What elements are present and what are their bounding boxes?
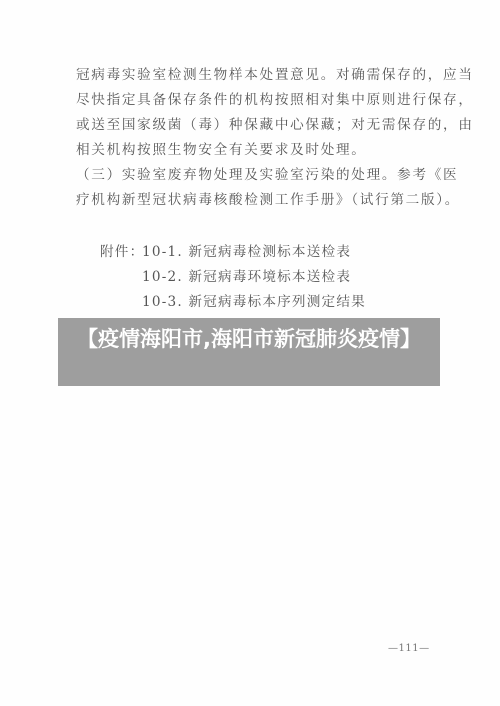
attachment-item: 10-2. 新冠病毒环境标本送检表 <box>142 265 351 290</box>
attachment-row: 10-3. 新冠病毒标本序列测定结果 <box>100 290 366 315</box>
paragraph-waste-handling: （三）实验室废弃物处理及实验室污染的处理。参考《医 疗机构新型冠状病毒核酸检测工… <box>76 163 428 213</box>
page-number: —111— <box>388 643 430 654</box>
attachment-item: 10-3. 新冠病毒标本序列测定结果 <box>142 290 366 315</box>
paragraph-specimen-handling: 冠病毒实验室检测生物样本处置意见。对确需保存的，应当 尽快指定具备保存条件的机构… <box>76 63 428 163</box>
paragraph-line: 尽快指定具备保存条件的机构按照相对集中原则进行保存， <box>76 88 428 113</box>
paragraph-line: 疗机构新型冠状病毒核酸检测工作手册》（试行第二版）。 <box>76 188 428 213</box>
banner-title: 【疫情海阳市,海阳市新冠肺炎疫情】 <box>77 327 421 351</box>
paragraph-line: （三）实验室废弃物处理及实验室污染的处理。参考《医 <box>76 163 428 188</box>
attachment-item: 10-1. 新冠病毒检测标本送检表 <box>142 240 351 265</box>
paragraph-line: 或送至国家级菌（毒）种保藏中心保藏；对无需保存的，由 <box>76 113 428 138</box>
title-banner: 【疫情海阳市,海阳市新冠肺炎疫情】 <box>58 318 440 386</box>
paragraph-line: 冠病毒实验室检测生物样本处置意见。对确需保存的，应当 <box>76 63 428 88</box>
attachments-list: 附件： 10-1. 新冠病毒检测标本送检表 10-2. 新冠病毒环境标本送检表 … <box>100 240 366 315</box>
attachments-label: 附件： <box>100 240 142 265</box>
document-page: 冠病毒实验室检测生物样本处置意见。对确需保存的，应当 尽快指定具备保存条件的机构… <box>0 0 500 706</box>
attachment-row: 10-2. 新冠病毒环境标本送检表 <box>100 265 366 290</box>
attachment-row: 附件： 10-1. 新冠病毒检测标本送检表 <box>100 240 366 265</box>
paragraph-line: 相关机构按照生物安全有关要求及时处理。 <box>76 138 428 163</box>
